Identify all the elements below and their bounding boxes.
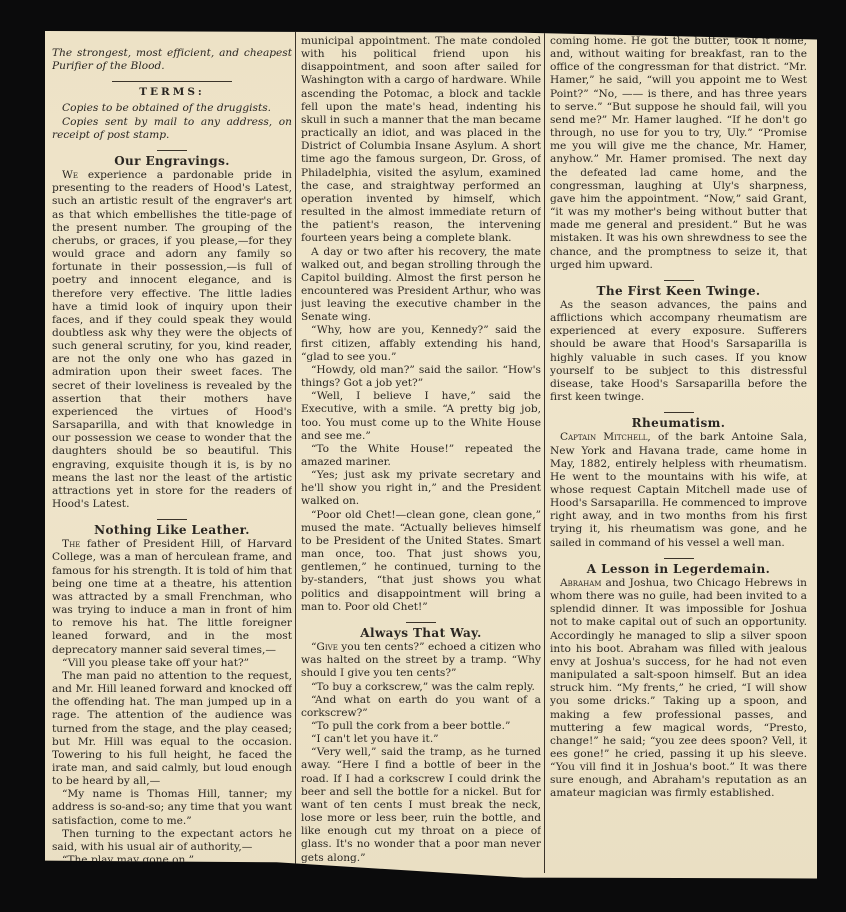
divider-rule — [664, 558, 694, 559]
terms-line-1: Copies to be obtained of the druggists. — [52, 102, 292, 115]
paragraph: The father of President Hill, of Harvard… — [52, 538, 292, 656]
divider-rule — [112, 81, 232, 82]
paragraph: “And what on earth do you want of a cork… — [301, 694, 541, 720]
divider-rule — [664, 412, 694, 413]
article-title-nothing-like-leather: Nothing Like Leather. — [52, 524, 292, 537]
paragraph: “Why, how are you, Kennedy?” said the fi… — [301, 324, 541, 363]
article-body-our-engravings: We experience a pardonable pride in pres… — [52, 169, 292, 511]
divider-rule — [157, 519, 187, 520]
paragraph: Abraham and Joshua, two Chicago Hebrews … — [550, 577, 807, 801]
paragraph: The man paid no attention to the request… — [52, 670, 292, 788]
paragraph: “I can't let you have it.” — [301, 733, 541, 746]
paragraph: “Well, I believe I have,” said the Execu… — [301, 390, 541, 443]
paragraph: “To the White House!” repeated the amaze… — [301, 443, 541, 469]
article-title-always-that-way: Always That Way. — [301, 627, 541, 640]
column-right: coming home. He got the butter, took it … — [550, 35, 807, 881]
divider-rule — [157, 150, 187, 151]
newspaper-clipping: The strongest, most efficient, and cheap… — [45, 31, 817, 881]
paragraph: A day or two after his recovery, the mat… — [301, 246, 541, 325]
paragraph: “Howdy, old man?” said the sailor. “How'… — [301, 364, 541, 390]
column-divider — [295, 31, 296, 873]
article-title-our-engravings: Our Engravings. — [52, 155, 292, 168]
paragraph: “My name is Thomas Hill, tanner; my addr… — [52, 788, 292, 827]
paragraph: “The play may gone on.” — [52, 854, 292, 867]
article-title-rheumatism: Rheumatism. — [550, 417, 807, 430]
paragraph: “Give you ten cents?” echoed a citizen w… — [301, 641, 541, 680]
paragraph: municipal appointment. The mate condoled… — [301, 35, 541, 246]
paragraph: “Vill you please take off your hat?” — [52, 657, 292, 670]
terms-line-2: Copies sent by mail to any address, on r… — [52, 116, 292, 142]
terms-heading: TERMS: — [52, 86, 292, 99]
paragraph: “To buy a corkscrew,” was the calm reply… — [301, 681, 541, 694]
divider-rule — [406, 622, 436, 623]
article-title-lesson-in-legerdemain: A Lesson in Legerdemain. — [550, 563, 807, 576]
paragraph: Then turning to the expectant actors he … — [52, 828, 292, 854]
paragraph: “Very well,” said the tramp, as he turne… — [301, 746, 541, 864]
column-divider — [544, 31, 545, 873]
paragraph: coming home. He got the butter, took it … — [550, 35, 807, 272]
divider-rule — [664, 280, 694, 281]
paragraph: “Yes; just ask my private secretary and … — [301, 469, 541, 508]
column-left: The strongest, most efficient, and cheap… — [52, 35, 292, 881]
paragraph: “Poor old Chet!—clean gone, clean gone,”… — [301, 509, 541, 614]
column-middle: municipal appointment. The mate condoled… — [301, 35, 541, 881]
paragraph: “To pull the cork from a beer bottle.” — [301, 720, 541, 733]
article-title-first-keen-twinge: The First Keen Twinge. — [550, 285, 807, 298]
paragraph: Captain Mitchell, of the bark Antoine Sa… — [550, 431, 807, 549]
paragraph: As the season advances, the pains and af… — [550, 299, 807, 404]
tagline: The strongest, most efficient, and cheap… — [52, 47, 292, 73]
